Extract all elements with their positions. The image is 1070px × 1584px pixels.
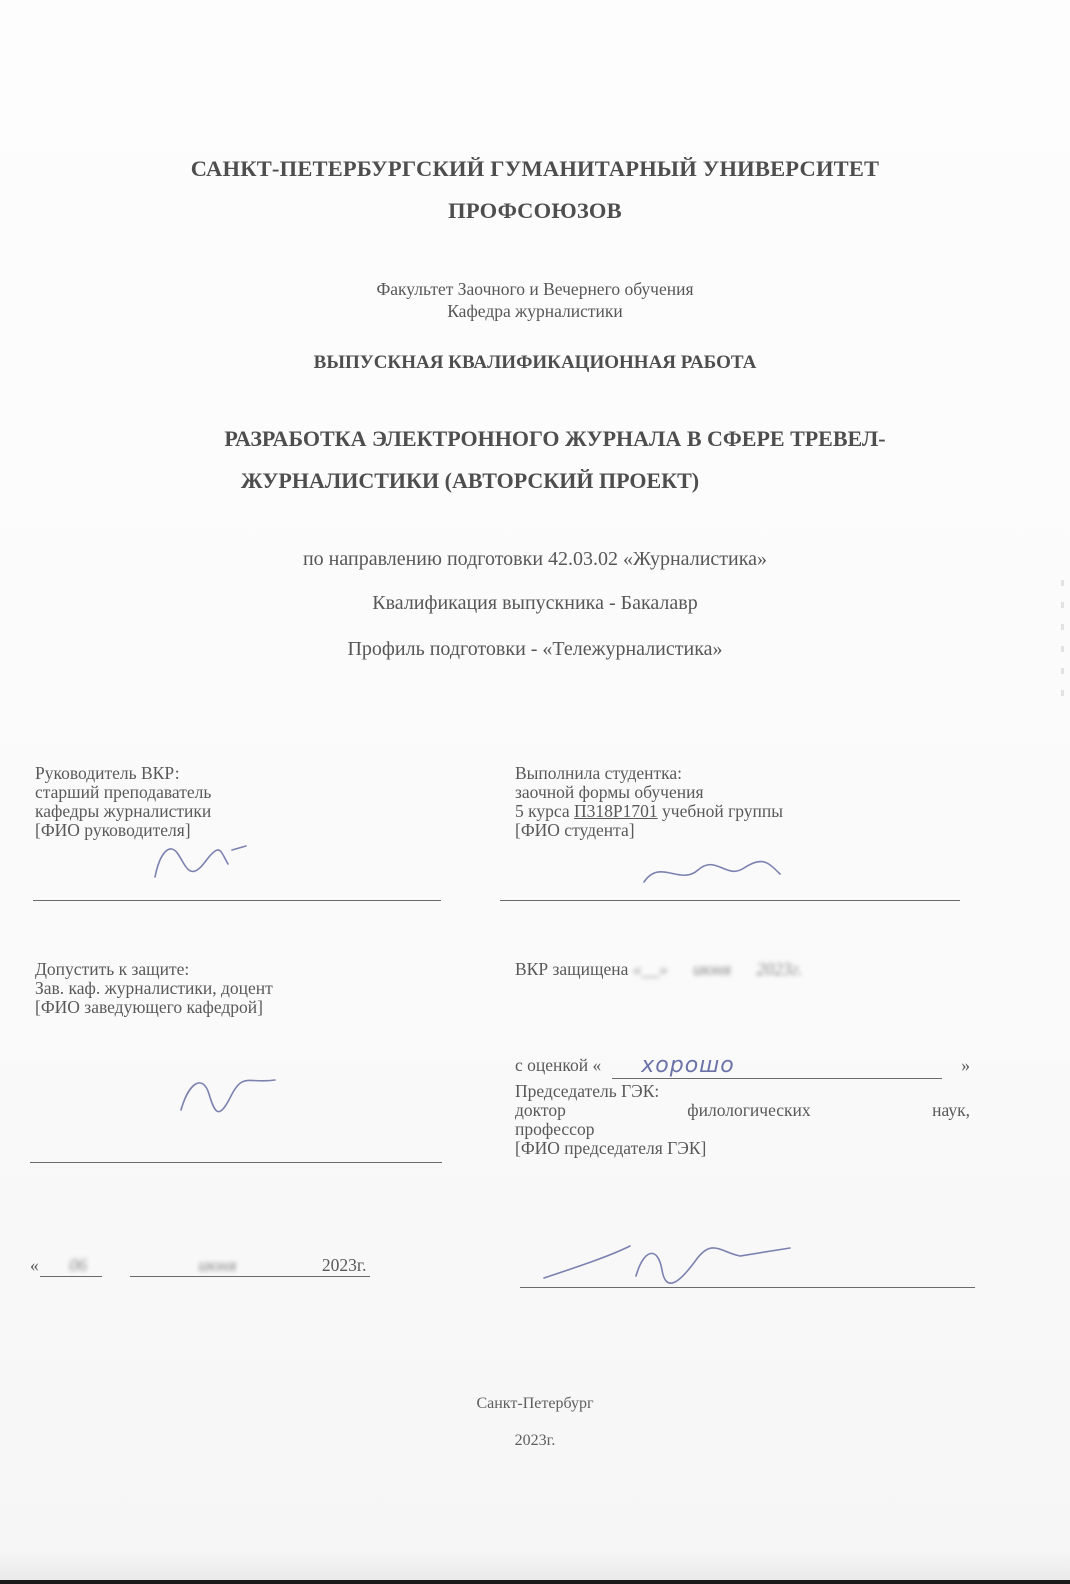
university-name: САНКТ-ПЕТЕРБУРГСКИЙ ГУМАНИТАРНЫЙ УНИВЕРС…: [0, 148, 1070, 232]
defense-date-day: «__»: [633, 959, 668, 979]
university-name-line2: ПРОФСОЮЗОВ: [0, 190, 1070, 232]
qualification: Квалификация выпускника - Бакалавр: [0, 592, 1070, 615]
defense-label: ВКР защищена: [515, 959, 628, 979]
defense-grade-prefix: с оценкой «: [515, 1056, 601, 1075]
city: Санкт-Петербург: [0, 1395, 1070, 1413]
supervisor-position-line2: кафедры журналистики: [35, 802, 211, 821]
thesis-title-page: САНКТ-ПЕТЕРБУРГСКИЙ ГУМАНИТАРНЫЙ УНИВЕРС…: [0, 0, 1070, 1584]
university-name-line1: САНКТ-ПЕТЕРБУРГСКИЙ ГУМАНИТАРНЫЙ УНИВЕРС…: [0, 148, 1070, 190]
defense-grade-suffix: »: [961, 1056, 970, 1075]
signature-icon: [150, 832, 270, 902]
student-group-code: П318Р1701: [574, 801, 658, 821]
student-heading: Выполнила студентка:: [515, 764, 783, 783]
supervisor-position-line1: старший преподаватель: [35, 783, 211, 802]
student-signature-line: [500, 900, 960, 901]
study-profile: Профиль подготовки - «Тележурналистика»: [0, 638, 1070, 661]
faculty-block: Факультет Заочного и Вечернего обучения …: [0, 278, 1070, 322]
admission-date-day-line: [40, 1276, 102, 1277]
department-name: Кафедра журналистики: [0, 300, 1070, 322]
defense-date-row: ВКР защищена «__» июня 2023г.: [515, 960, 802, 979]
admission-date-day: 06: [43, 1256, 113, 1275]
scan-bottom-edge: [0, 1580, 1070, 1584]
supervisor-block: Руководитель ВКР: старший преподаватель …: [35, 764, 211, 840]
thesis-title: РАЗРАБОТКА ЭЛЕКТРОННОГО ЖУРНАЛА В СФЕРЕ …: [0, 418, 1070, 502]
defense-grade-line: [612, 1078, 942, 1079]
admission-date: « 06 июня 2023г.: [30, 1256, 366, 1275]
study-direction: по направлению подготовки 42.03.02 «Журн…: [0, 548, 1070, 571]
thesis-title-line1: РАЗРАБОТКА ЭЛЕКТРОННОГО ЖУРНАЛА В СФЕРЕ …: [0, 418, 1070, 460]
admission-position: Зав. каф. журналистики, доцент: [35, 979, 273, 998]
admission-date-month-line: [130, 1276, 370, 1277]
student-course-group: 5 курса П318Р1701 учебной группы: [515, 802, 783, 821]
admission-block: Допустить к защите: Зав. каф. журналисти…: [35, 960, 273, 1017]
work-type: ВЫПУСКНАЯ КВАЛИФИКАЦИОННАЯ РАБОТА: [0, 352, 1070, 374]
gek-chair-heading: Председатель ГЭК:: [515, 1082, 970, 1101]
defense-date-month: июня: [672, 960, 752, 979]
supervisor-heading: Руководитель ВКР:: [35, 764, 211, 783]
faculty-name: Факультет Заочного и Вечернего обучения: [0, 278, 1070, 300]
thesis-title-line2: ЖУРНАЛИСТИКИ (АВТОРСКИЙ ПРОЕКТ): [0, 460, 1070, 502]
student-course: 5 курса: [515, 801, 570, 821]
defense-grade-row: с оценкой « хорошо »: [515, 1056, 970, 1075]
supervisor-signature-line: [33, 900, 441, 901]
admission-name: [ФИО заведующего кафедрой]: [35, 998, 273, 1017]
defense-date-year: 2023г.: [756, 959, 802, 979]
student-study-form: заочной формы обучения: [515, 783, 783, 802]
student-name: [ФИО студента]: [515, 821, 783, 840]
signature-icon: [175, 1060, 285, 1130]
student-block: Выполнила студентка: заочной формы обуче…: [515, 764, 783, 840]
gek-chair-signature-line: [520, 1287, 975, 1288]
signature-icon: [640, 848, 790, 898]
defense-grade-value: хорошо: [641, 1056, 735, 1075]
admission-date-open-quote: «: [30, 1255, 39, 1275]
admission-date-year: 2023г.: [322, 1255, 367, 1275]
admission-heading: Допустить к защите:: [35, 960, 273, 979]
gek-chair-degree: доктор филологических наук,: [515, 1101, 970, 1120]
gek-chair-title: профессор: [515, 1120, 970, 1139]
admission-date-month: июня: [118, 1256, 318, 1275]
admission-signature-line: [30, 1162, 442, 1163]
year: 2023г.: [0, 1432, 1070, 1450]
student-group-suffix: учебной группы: [662, 801, 783, 821]
gek-chair-block: Председатель ГЭК: доктор филологических …: [515, 1082, 970, 1158]
scan-edge-marks: [1061, 580, 1064, 700]
gek-chair-name: [ФИО председателя ГЭК]: [515, 1139, 970, 1158]
scan-shadow: [0, 1550, 1070, 1580]
